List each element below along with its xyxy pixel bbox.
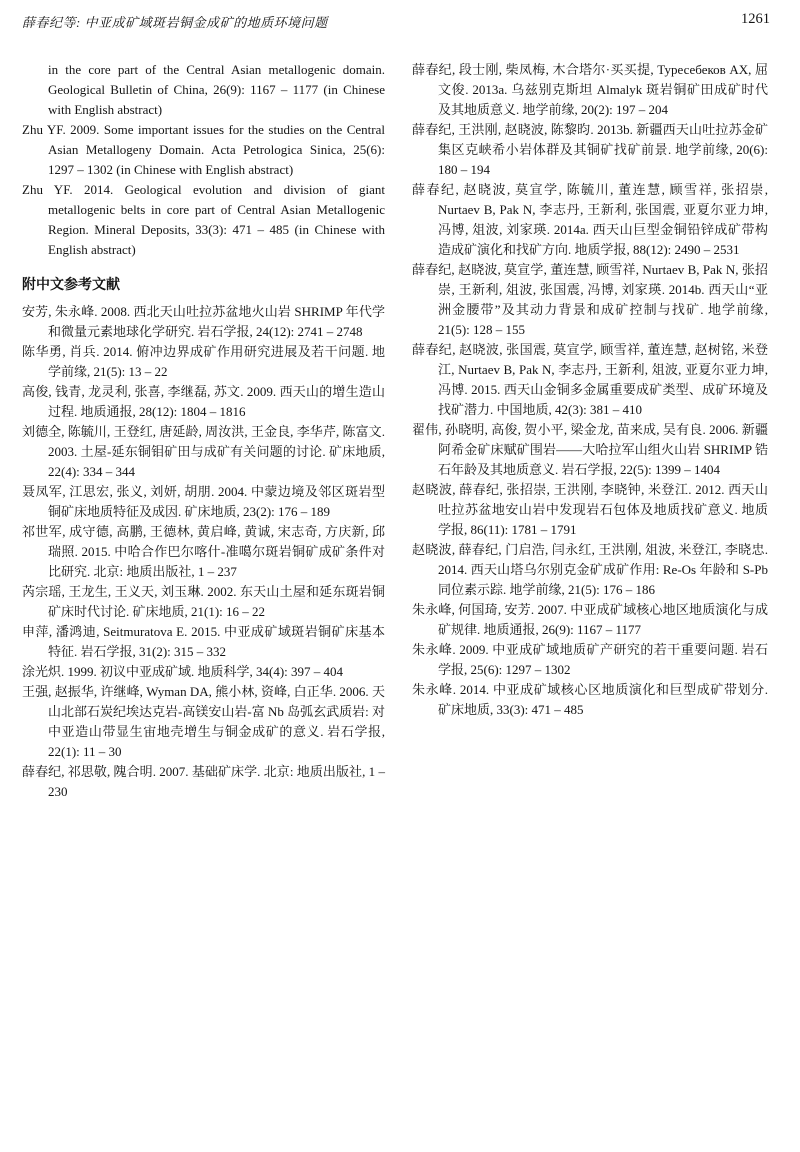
reference-entry: 安芳, 朱永峰. 2008. 西北天山吐拉苏盆地火山岩 SHRIMP 年代学和微… (22, 302, 385, 342)
reference-entry: 薛春纪, 段士刚, 柴凤梅, 木合塔尔·买买提, Туресебеков AX,… (412, 60, 768, 120)
reference-entry: 王强, 赵振华, 许继峰, Wyman DA, 熊小林, 资峰, 白正华. 20… (22, 682, 385, 762)
reference-entry: 涂光炽. 1999. 初议中亚成矿域. 地质科学, 34(4): 397 – 4… (22, 662, 385, 682)
reference-entry: 朱永峰. 2009. 中亚成矿域地质矿产研究的若干重要问题. 岩石学报, 25(… (412, 640, 768, 680)
reference-entry: 申萍, 潘鸿迪, Seitmuratova E. 2015. 中亚成矿域斑岩铜矿… (22, 622, 385, 662)
reference-entry: 赵晓波, 薛春纪, 门启浩, 闫永红, 王洪刚, 俎波, 米登江, 李晓忠. 2… (412, 540, 768, 600)
reference-entry: 薛春纪, 王洪刚, 赵晓波, 陈黎昀. 2013b. 新疆西天山吐拉苏金矿集区克… (412, 120, 768, 180)
running-title: 薛春纪等: 中亚成矿域斑岩铜金成矿的地质环境问题 (22, 12, 328, 31)
reference-entry: 薛春纪, 赵晓波, 莫宣学, 董连慧, 顾雪祥, Nurtaev B, Pak … (412, 260, 768, 340)
reference-entry: 祁世军, 成守德, 高鹏, 王德林, 黄启峰, 黄诚, 宋志奇, 方庆新, 邱瑞… (22, 522, 385, 582)
reference-entry: 薛春纪, 祁思敬, 隗合明. 2007. 基础矿床学. 北京: 地质出版社, 1… (22, 762, 385, 802)
reference-entry: 赵晓波, 薛春纪, 张招崇, 王洪刚, 李晓钟, 米登江. 2012. 西天山吐… (412, 480, 768, 540)
reference-entry: 翟伟, 孙晓明, 高俊, 贺小平, 梁金龙, 苗来成, 吴有良. 2006. 新… (412, 420, 768, 480)
reference-entry: 芮宗瑶, 王龙生, 王义天, 刘玉琳. 2002. 东天山土屋和延东斑岩铜矿床时… (22, 582, 385, 622)
reference-entry: 薛春纪, 赵晓波, 莫宣学, 陈毓川, 董连慧, 顾雪祥, 张招崇, Nurta… (412, 180, 768, 260)
reference-entry: 高俊, 钱青, 龙灵利, 张喜, 李继磊, 苏文. 2009. 西天山的增生造山… (22, 382, 385, 422)
reference-entry: Zhu YF. 2014. Geological evolution and d… (22, 180, 385, 260)
reference-entry: 朱永峰. 2014. 中亚成矿域核心区地质演化和巨型成矿带划分. 矿床地质, 3… (412, 680, 768, 720)
reference-entry: in the core part of the Central Asian me… (22, 60, 385, 120)
reference-entry: 陈华勇, 肖兵. 2014. 俯冲边界成矿作用研究进展及若干问题. 地学前缘, … (22, 342, 385, 382)
page-number: 1261 (741, 11, 770, 28)
chinese-references-heading: 附中文参考文献 (22, 274, 385, 294)
left-column: in the core part of the Central Asian me… (22, 60, 385, 802)
reference-entry: Zhu YF. 2009. Some important issues for … (22, 120, 385, 180)
reference-entry: 薛春纪, 赵晓波, 张国震, 莫宣学, 顾雪祥, 董连慧, 赵树铭, 米登江, … (412, 340, 768, 420)
right-column: 薛春纪, 段士刚, 柴凤梅, 木合塔尔·买买提, Туресебеков AX,… (412, 60, 768, 720)
reference-entry: 刘德全, 陈毓川, 王登红, 唐延龄, 周汝洪, 王金良, 李华芹, 陈富文. … (22, 422, 385, 482)
reference-entry: 朱永峰, 何国琦, 安芳. 2007. 中亚成矿域核心地区地质演化与成矿规律. … (412, 600, 768, 640)
reference-entry: 聂凤军, 江思宏, 张义, 刘妍, 胡朋. 2004. 中蒙边境及邻区斑岩型铜矿… (22, 482, 385, 522)
